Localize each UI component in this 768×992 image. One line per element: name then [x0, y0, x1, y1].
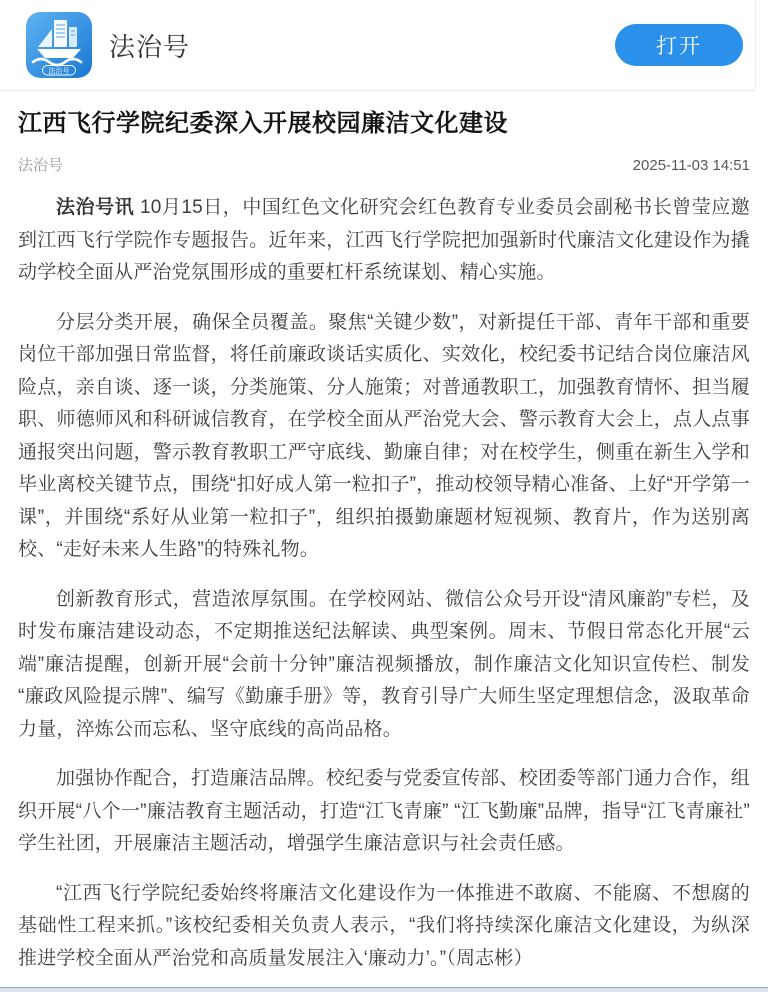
article-meta: 法治号 2025-11-03 14:51: [18, 154, 750, 175]
article: 江西飞行学院纪委深入开展校园廉洁文化建设 法治号 2025-11-03 14:5…: [0, 107, 768, 975]
icon-label-text: 法治号: [49, 66, 70, 75]
paragraph-text: 创新教育形式，营造浓厚氛围。在学校网站、微信公众号开设“清风廉韵”专栏，及时发布…: [18, 589, 750, 740]
bottom-panel-edge: [0, 987, 768, 992]
app-name: 法治号: [109, 27, 190, 64]
paragraph-text: 分层分类开展，确保全员覆盖。聚焦“关键少数”，对新提任干部、青年干部和重要岗位干…: [18, 312, 750, 561]
paragraph-text: 加强协作配合，打造廉洁品牌。校纪委与党委宣传部、校团委等部门通力合作，组织开展“…: [18, 768, 750, 854]
article-paragraph: 创新教育形式，营造浓厚氛围。在学校网站、微信公众号开设“清风廉韵”专栏，及时发布…: [18, 584, 750, 747]
article-paragraph: 法治号讯 10月15日，中国红色文化研究会红色教育专业委员会副秘书长曾莹应邀到江…: [18, 192, 750, 290]
article-body: 法治号讯 10月15日，中国红色文化研究会红色教育专业委员会副秘书长曾莹应邀到江…: [18, 192, 750, 975]
open-app-button[interactable]: 打开: [615, 24, 743, 66]
article-paragraph: “江西飞行学院纪委始终将廉洁文化建设作为一体推进不敢腐、不能腐、不想腐的基础性工…: [18, 878, 750, 976]
article-paragraph: 分层分类开展，确保全员覆盖。聚焦“关键少数”，对新提任干部、青年干部和重要岗位干…: [18, 307, 750, 567]
article-title: 江西飞行学院纪委深入开展校园廉洁文化建设: [18, 107, 750, 141]
paragraph-lead: 法治号讯: [56, 197, 134, 218]
article-timestamp: 2025-11-03 14:51: [633, 157, 750, 174]
article-paragraph: 加强协作配合，打造廉洁品牌。校纪委与党委宣传部、校团委等部门通力合作，组织开展“…: [18, 763, 750, 861]
paragraph-text: “江西飞行学院纪委始终将廉洁文化建设作为一体推进不敢腐、不能腐、不想腐的基础性工…: [18, 883, 750, 969]
app-logo-icon: 法治号: [26, 12, 92, 78]
app-header: 法治号 法治号 打开: [0, 0, 756, 91]
article-source: 法治号: [18, 154, 63, 175]
